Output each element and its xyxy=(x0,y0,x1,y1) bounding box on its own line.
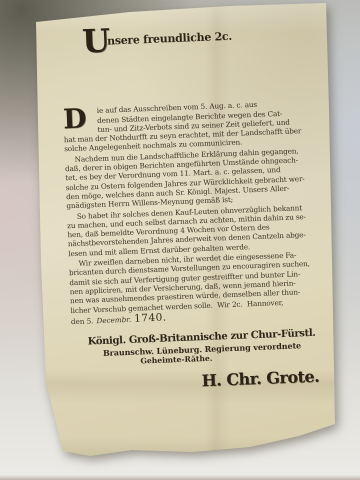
photo-of-antique-document: U nsere freundliche 2c. Die auf das Auss… xyxy=(0,0,360,480)
dateline-month: Decembr. xyxy=(96,315,131,326)
salutation-text: nsere freundliche 2c. xyxy=(107,30,232,48)
paragraph-2: Nachdem nun die Landschafftliche Erkläru… xyxy=(64,145,326,211)
paragraph-4: Wir zweiflen darneben nicht, ihr werdet … xyxy=(68,249,330,315)
dateline-year: 1740. xyxy=(134,312,167,323)
document-text-block: U nsere freundliche 2c. Die auf das Auss… xyxy=(60,18,334,395)
signoff-block: Königl. Groß-Britannische zur Chur-Fürst… xyxy=(71,326,332,369)
photo-bottom-edge-shadow xyxy=(0,475,360,480)
paragraph-1: Die auf das Ausschreiben vom 5. Aug. a. … xyxy=(62,88,324,154)
paragraph-1-text: ie auf das Ausschreiben vom 5. Aug. a. c… xyxy=(64,100,302,154)
ornate-initial-u: U xyxy=(82,25,110,58)
document-paper-sheet: U nsere freundliche 2c. Die auf das Auss… xyxy=(0,0,360,480)
paper-shadow-wrapper: U nsere freundliche 2c. Die auf das Auss… xyxy=(0,0,360,480)
dateline-day: den 5. xyxy=(71,316,94,327)
salutation-heading: U nsere freundliche 2c. xyxy=(82,18,321,67)
signature-name: H. Chr. Grote. xyxy=(73,366,334,395)
ornate-initial-d: D xyxy=(63,106,98,134)
